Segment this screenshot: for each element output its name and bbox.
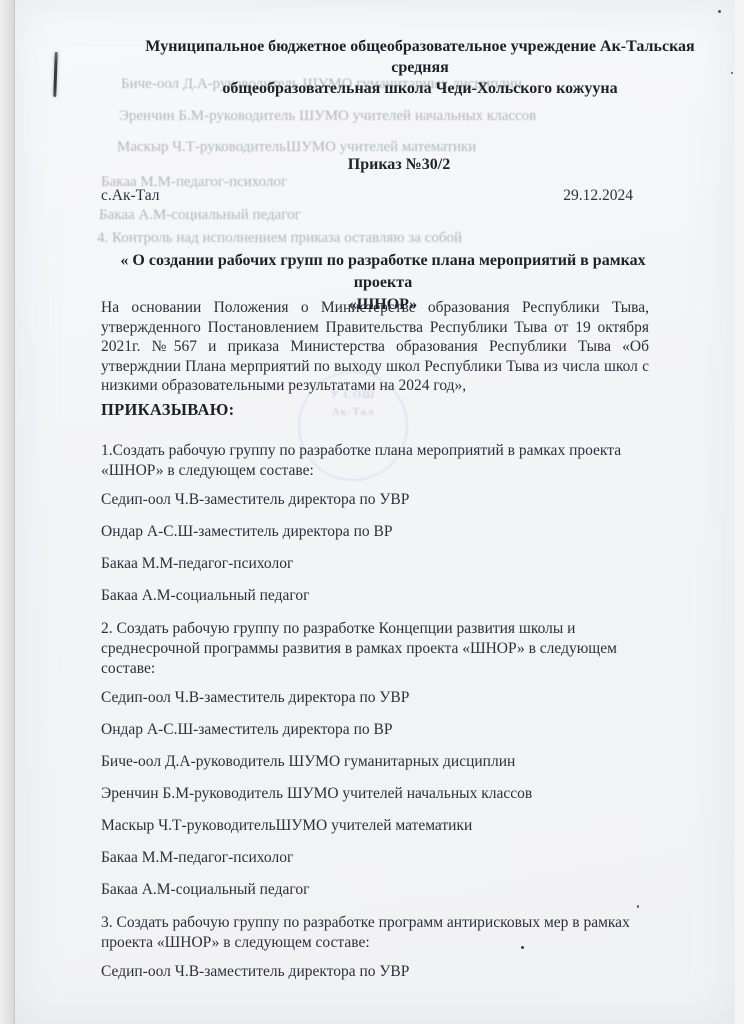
date: 29.12.2024 — [563, 187, 633, 205]
member-line: Седип-оол Ч.В-заместитель директора по У… — [101, 689, 653, 707]
preamble-paragraph: На основании Положения о Министерстве об… — [101, 298, 649, 396]
item-2-intro: 2. Создать рабочую группу по разработке … — [101, 619, 653, 679]
bleedthrough-line: 4. Контроль над исполнением приказа оста… — [97, 230, 462, 247]
member-line: Маскыр Ч.Т-руководительШУМО учителей мат… — [101, 817, 653, 835]
order-number: Приказ №30/2 — [125, 156, 673, 174]
scan-speck — [521, 946, 524, 949]
member-line: Седип-оол Ч.В-заместитель директора по У… — [101, 491, 653, 509]
member-line: Ондар А-С.Ш-заместитель директора по ВР — [101, 721, 653, 739]
member-line: Седип-оол Ч.В-заместитель директора по У… — [101, 963, 653, 981]
stamp-text-line: Ак-Тал — [300, 406, 406, 418]
pen-mark — [53, 52, 58, 97]
bleedthrough-line: Бакаа А.М-социальный педагог — [99, 207, 301, 224]
order-title-line-1: « О создании рабочих групп по разработке… — [109, 250, 657, 294]
bleedthrough-line: Эренчин Б.М-руководитель ШУМО учителей н… — [119, 108, 536, 125]
member-line: Бакаа А.М-социальный педагог — [101, 881, 653, 899]
bleedthrough-line: Маскыр Ч.Т-руководительШУМО учителей мат… — [117, 139, 476, 156]
member-line: Ондар А-С.Ш-заместитель директора по ВР — [101, 523, 653, 541]
place: с.Ак-Тал — [101, 187, 159, 205]
scanner-edge-left — [0, 0, 14, 1024]
item-3-intro: 3. Создать рабочую группу по разработке … — [101, 913, 653, 953]
member-line: Бакаа М.М-педагог-психолог — [101, 849, 653, 867]
scan-speck — [718, 10, 721, 13]
directive-word: ПРИКАЗЫВАЮ: — [101, 400, 234, 420]
scan-speck — [637, 905, 639, 908]
member-line: Биче-оол Д.А-руководитель ШУМО гуманитар… — [101, 753, 653, 771]
member-line: Бакаа М.М-педагог-психолог — [101, 555, 653, 573]
place-date-row: с.Ак-Тал 29.12.2024 — [101, 187, 633, 205]
header-line-2: общеобразовательная школа Чеди-Хольского… — [115, 78, 725, 99]
member-line: Эренчин Б.М-руководитель ШУМО учителей н… — [101, 785, 653, 803]
member-line: Бакаа А.М-социальный педагог — [101, 587, 653, 605]
order-items: 1.Создать рабочую группу по разработке п… — [101, 441, 653, 995]
item-1-intro: 1.Создать рабочую группу по разработке п… — [101, 441, 653, 481]
scan-speck — [731, 72, 733, 74]
header-line-1: Муниципальное бюджетное общеобразователь… — [115, 36, 725, 78]
document-page: Биче-оол Д.А-руководитель ШУМО гуманитар… — [14, 0, 735, 1024]
document-header: Муниципальное бюджетное общеобразователь… — [115, 36, 725, 99]
